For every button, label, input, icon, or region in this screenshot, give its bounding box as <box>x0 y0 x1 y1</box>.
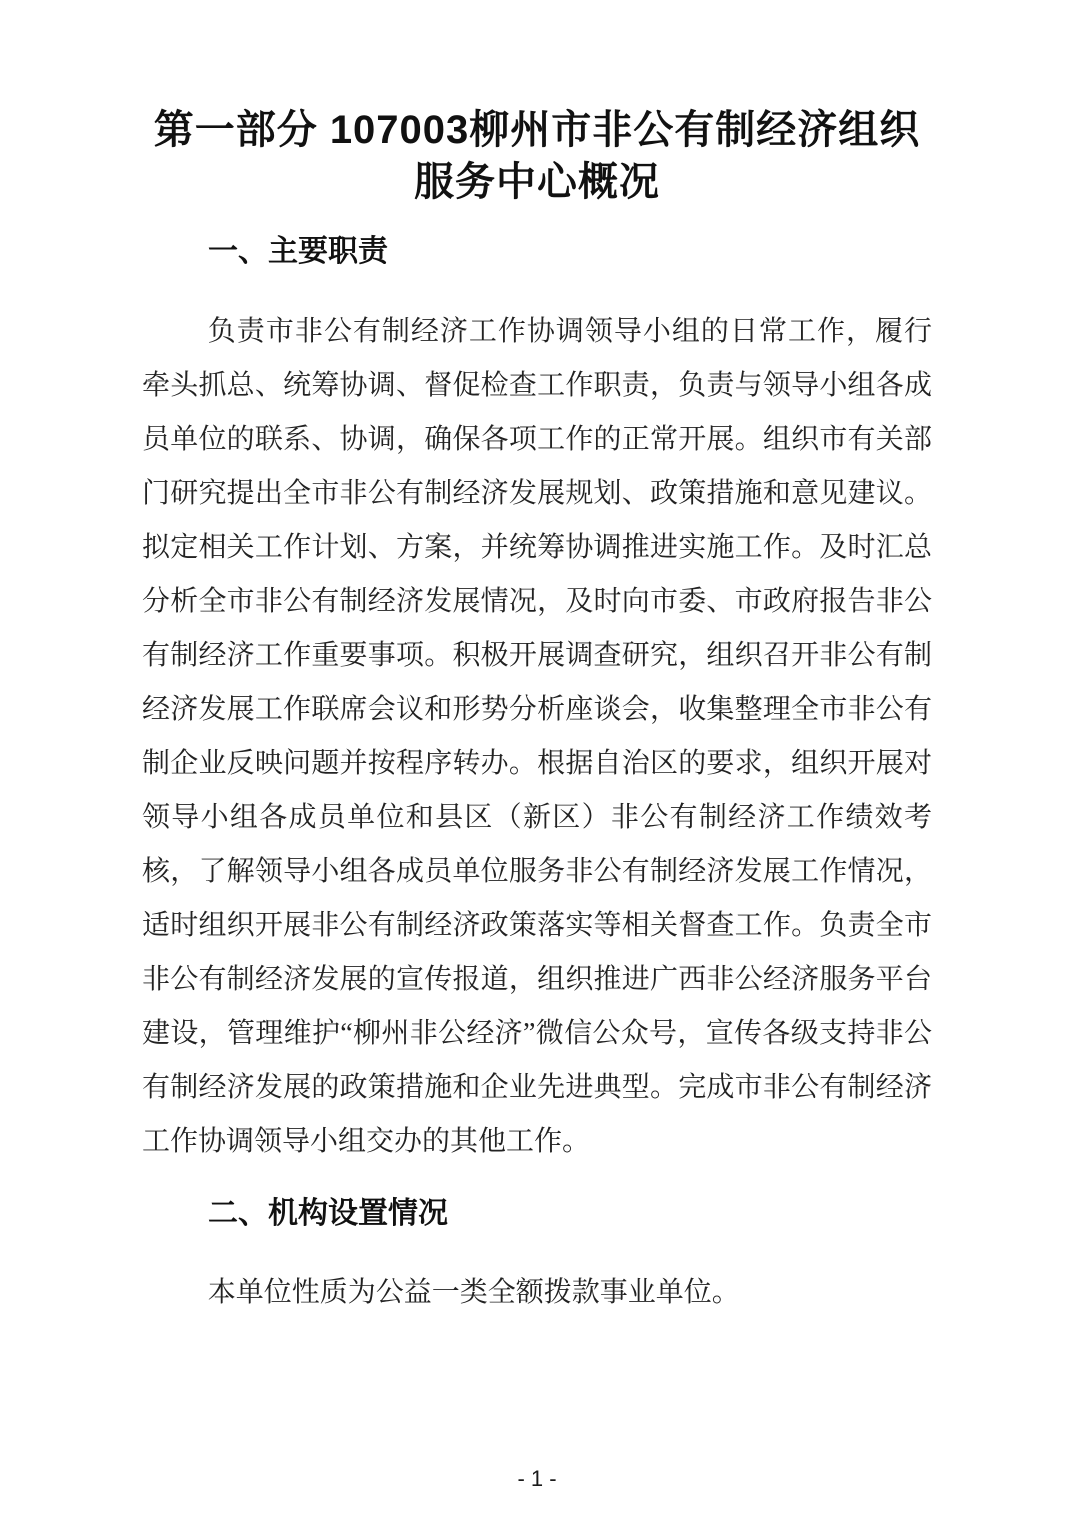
document-title: 第一部分 107003柳州市非公有制经济组织 服务中心概况 <box>142 104 932 208</box>
paragraph-organization-setup: 本单位性质为公益一类全额拨款事业单位。 <box>142 1266 932 1320</box>
document-page: 第一部分 107003柳州市非公有制经济组织 服务中心概况 一、主要职责 负责市… <box>0 0 1074 1520</box>
paragraph-main-duties: 负责市非公有制经济工作协调领导小组的日常工作，履行牵头抓总、统筹协调、督促检查工… <box>142 305 932 1169</box>
document-content: 第一部分 107003柳州市非公有制经济组织 服务中心概况 一、主要职责 负责市… <box>0 104 1074 1320</box>
page-number: - 1 - <box>0 1466 1074 1492</box>
section-heading-main-duties: 一、主要职责 <box>142 235 932 269</box>
section-heading-organization-setup: 二、机构设置情况 <box>142 1197 932 1231</box>
document-title-line1: 第一部分 107003柳州市非公有制经济组织 <box>154 108 921 152</box>
document-title-line2: 服务中心概况 <box>414 160 660 204</box>
